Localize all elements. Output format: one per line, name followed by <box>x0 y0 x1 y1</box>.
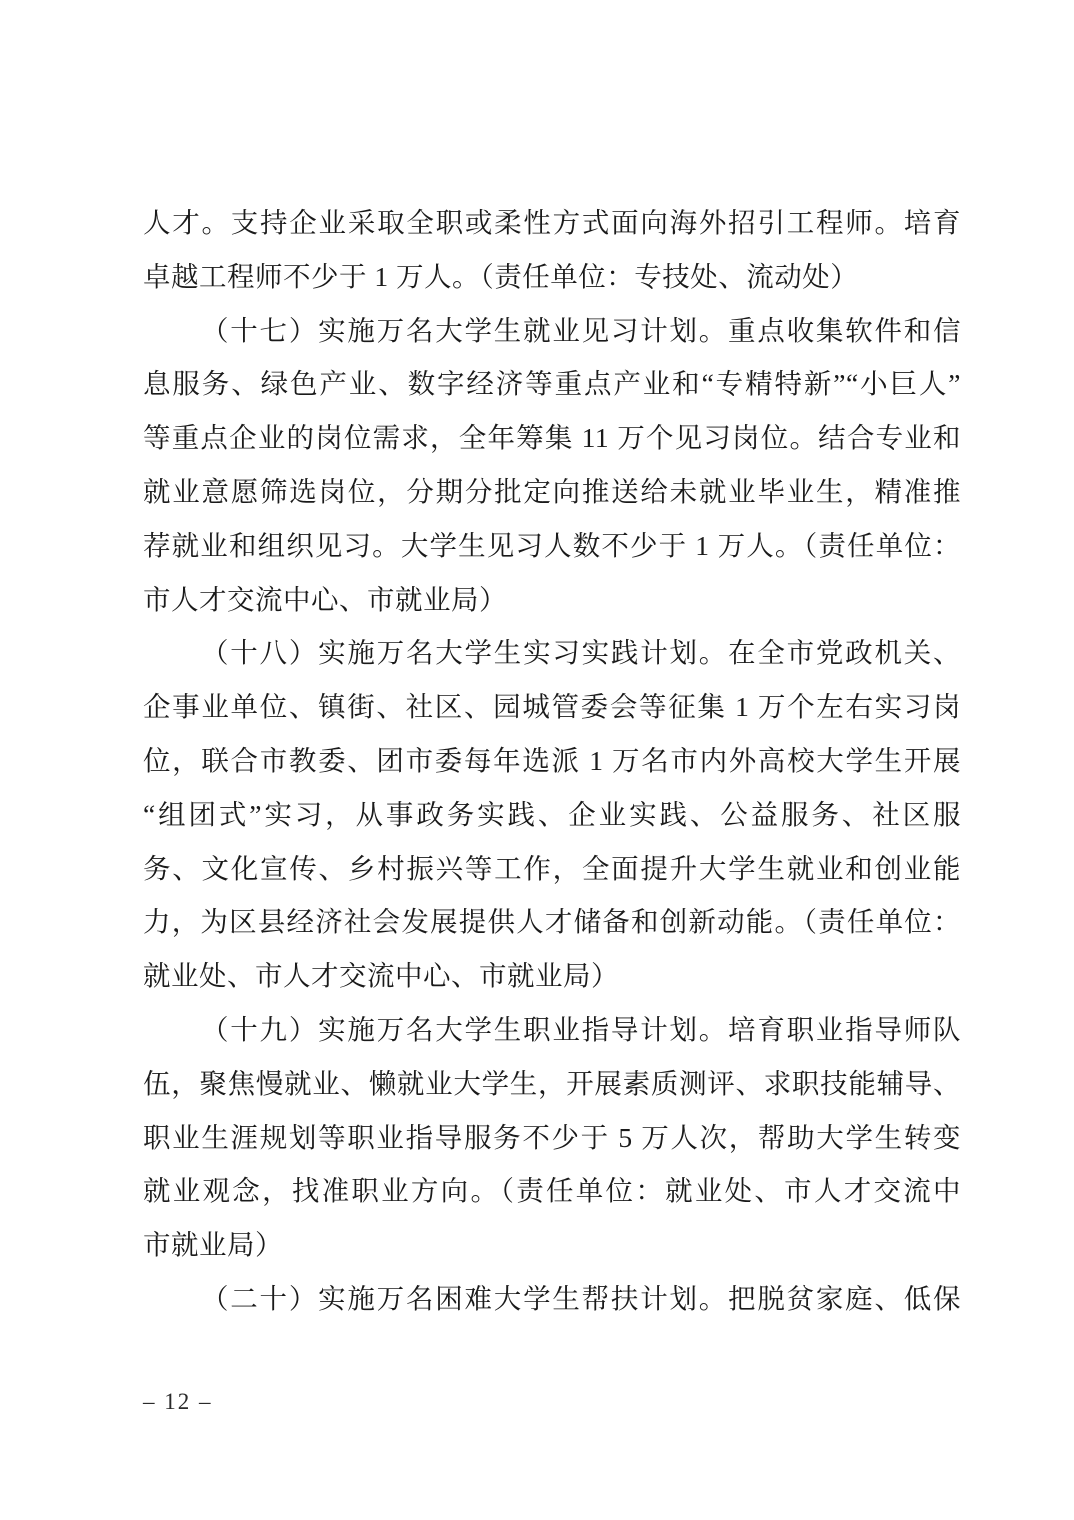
page-number: – 12 – <box>143 1389 213 1414</box>
text-line: 位，联合市教委、团市委每年选派 1 万名市内外高校大学生开展 <box>143 734 961 788</box>
paragraph: （十八）实施万名大学生实习实践计划。在全市党政机关、企事业单位、镇街、社区、园城… <box>143 626 961 1003</box>
text-line: 息服务、绿色产业、数字经济等重点产业和“专精特新”“小巨人” <box>143 357 961 411</box>
paragraph: （十九）实施万名大学生职业指导计划。培育职业指导师队伍，聚焦慢就业、懒就业大学生… <box>143 1003 961 1272</box>
text-line: （十七）实施万名大学生就业见习计划。重点收集软件和信 <box>143 304 961 358</box>
text-line: （十九）实施万名大学生职业指导计划。培育职业指导师队 <box>143 1003 961 1057</box>
document-body: 人才。支持企业采取全职或柔性方式面向海外招引工程师。培育卓越工程师不少于 1 万… <box>143 196 961 1326</box>
paragraph: 人才。支持企业采取全职或柔性方式面向海外招引工程师。培育卓越工程师不少于 1 万… <box>143 196 961 304</box>
text-line: 企事业单位、镇街、社区、园城管委会等征集 1 万个左右实习岗 <box>143 680 961 734</box>
text-line: 就业处、市人才交流中心、市就业局） <box>143 949 961 1003</box>
text-line: 就业观念，找准职业方向。（责任单位：就业处、市人才交流中心、 <box>143 1164 961 1218</box>
text-line: （二十）实施万名困难大学生帮扶计划。把脱贫家庭、低保 <box>143 1272 961 1326</box>
text-line: 务、文化宣传、乡村振兴等工作，全面提升大学生就业和创业能 <box>143 842 961 896</box>
text-line: 卓越工程师不少于 1 万人。（责任单位：专技处、流动处） <box>143 250 961 304</box>
paragraph: （二十）实施万名困难大学生帮扶计划。把脱贫家庭、低保 <box>143 1272 961 1326</box>
text-line: 荐就业和组织见习。大学生见习人数不少于 1 万人。（责任单位： <box>143 519 961 573</box>
text-line: （十八）实施万名大学生实习实践计划。在全市党政机关、 <box>143 626 961 680</box>
text-line: 就业意愿筛选岗位，分期分批定向推送给未就业毕业生，精准推 <box>143 465 961 519</box>
paragraph: （十七）实施万名大学生就业见习计划。重点收集软件和信息服务、绿色产业、数字经济等… <box>143 304 961 627</box>
page-footer: – 12 – <box>143 1388 213 1416</box>
text-line: 伍，聚焦慢就业、懒就业大学生，开展素质测评、求职技能辅导、 <box>143 1057 961 1111</box>
text-line: 市人才交流中心、市就业局） <box>143 573 961 627</box>
text-line: 等重点企业的岗位需求，全年筹集 11 万个见习岗位。结合专业和 <box>143 411 961 465</box>
text-line: “组团式”实习，从事政务实践、企业实践、公益服务、社区服 <box>143 788 961 842</box>
text-line: 职业生涯规划等职业指导服务不少于 5 万人次，帮助大学生转变 <box>143 1111 961 1165</box>
text-line: 力，为区县经济社会发展提供人才储备和创新动能。（责任单位： <box>143 895 961 949</box>
text-line: 市就业局） <box>143 1218 961 1272</box>
text-line: 人才。支持企业采取全职或柔性方式面向海外招引工程师。培育 <box>143 196 961 250</box>
document-page: 人才。支持企业采取全职或柔性方式面向海外招引工程师。培育卓越工程师不少于 1 万… <box>0 0 1074 1520</box>
